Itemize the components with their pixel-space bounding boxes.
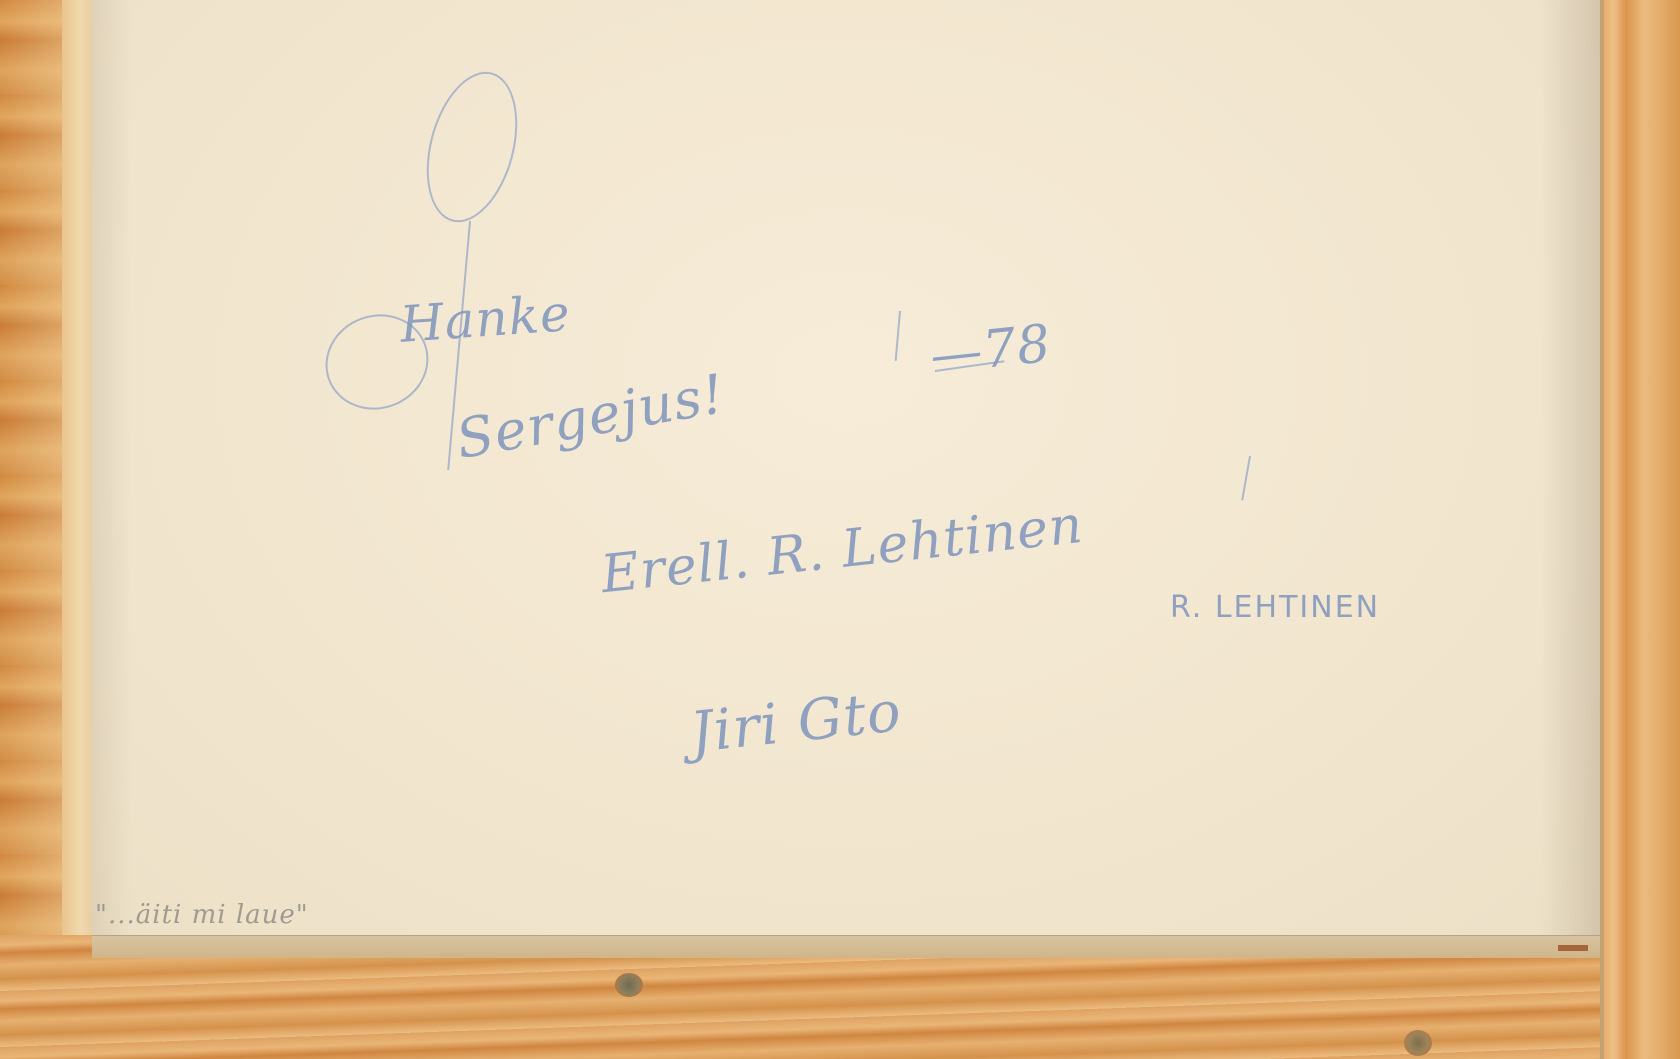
canvas-shadow-left: [92, 0, 132, 940]
canvas-shadow-right: [1540, 0, 1600, 940]
signature-1-year: —78: [927, 314, 1054, 386]
left-stretcher-edge: [62, 0, 92, 950]
canvas-back-photo: Hanke Sergejus! —78 Erell. R. Lehtinen R…: [0, 0, 1680, 1059]
signature-1-first-line: Hanke: [398, 284, 572, 354]
wood-knot-icon: [615, 973, 643, 997]
title-inscription: "...äiti mi laue": [95, 900, 309, 930]
wood-knot-icon: [1404, 1030, 1432, 1056]
right-stretcher-bar: [1600, 0, 1680, 1059]
right-stretcher-edge: [1600, 0, 1604, 1059]
bottom-stretcher-lip: [92, 935, 1600, 958]
canvas-back-surface: [92, 0, 1600, 940]
stretcher-joint-notch: [1558, 945, 1588, 951]
signature-3-printed-name: R. LEHTINEN: [1170, 590, 1380, 625]
